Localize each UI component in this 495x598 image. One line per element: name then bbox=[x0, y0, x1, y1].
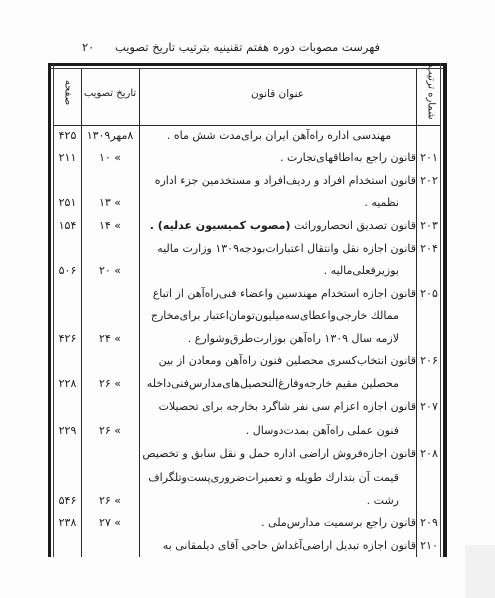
title-line: قانون استخدام افراد و ردیف‌افراد و مستخد… bbox=[155, 174, 416, 188]
date-cell: » ۲۶ bbox=[81, 494, 139, 507]
table-border-top-inner bbox=[48, 68, 447, 69]
title-line: قانون تصدیق انحصاروراثت (مصوب کمیسیون عد… bbox=[150, 219, 416, 233]
page-cell: ۲۲۸ bbox=[54, 377, 81, 390]
number-cell: ۲۰۳ bbox=[418, 219, 440, 232]
date-cell: » ۲۴ bbox=[81, 332, 139, 345]
page-cell: ۴۲۵ bbox=[54, 129, 81, 142]
page-cell: ۱۵۴ bbox=[54, 219, 81, 232]
column-header-date: تاریخ تصویب bbox=[81, 88, 139, 99]
title-line: قانون انتخاب‌کسری محصلین فنون راه‌آهن وم… bbox=[159, 354, 416, 368]
date-cell: » ۲۶ bbox=[81, 377, 139, 390]
title-line: قانون راجع برسمیت مدارس‌ملی . bbox=[261, 516, 416, 530]
title-line: بوزیرفعلی‌مالیه . bbox=[324, 264, 399, 278]
title-line: محصلین مقیم خارجه‌وفارغ‌التحصیل‌های‌مدار… bbox=[147, 377, 399, 391]
title-line: مهندسی اداره راه‌آهن ایران برای‌مدت شش م… bbox=[144, 129, 414, 143]
title-text: قانون تصدیق انحصاروراثت bbox=[294, 219, 416, 232]
number-cell: ۲۰۷ bbox=[418, 400, 440, 413]
page-cell: ۴۲۶ bbox=[54, 332, 81, 345]
page-cell: ۲۵۱ bbox=[54, 196, 81, 209]
table-border-left bbox=[48, 63, 51, 557]
date-cell: ۸مهر۱۳۰۹ bbox=[81, 129, 139, 142]
title-line: لازمه سال ۱۳۰۹ راه‌آهن بوزارت‌طرق‌وشوارع… bbox=[188, 332, 399, 346]
page-cell: ۵۴۶ bbox=[54, 494, 81, 507]
date-cell: » ۲۰ bbox=[81, 264, 139, 277]
title-line: فنون عملی راه‌آهن بمدت‌دوسال . bbox=[246, 424, 399, 438]
page-cell: ۵۰۶ bbox=[54, 264, 81, 277]
date-cell: » ۱۳ bbox=[81, 196, 139, 209]
number-cell: ۲۱۰ bbox=[418, 539, 440, 552]
table-border-right bbox=[443, 63, 447, 557]
page-cell: ۲۲۹ bbox=[54, 424, 81, 437]
date-cell: » ۱۰ bbox=[81, 151, 139, 164]
title-line: نظمیه . bbox=[364, 196, 399, 210]
header-row-divider bbox=[54, 125, 440, 126]
scan-smudge bbox=[465, 545, 495, 598]
column-divider-page-date bbox=[81, 69, 82, 557]
date-cell: » ۲۶ bbox=[81, 424, 139, 437]
title-line: ممالك خارجی‌واعطای‌سه‌میلیون‌تومان‌اعتبا… bbox=[151, 309, 399, 323]
title-line: قانون اجازه نقل وانتقال اعتبارات‌بودجه۱۳… bbox=[157, 242, 416, 256]
table-border-top bbox=[48, 63, 447, 66]
page-title: فهرست مصوبات دوره هفتم تقنینیه بترتیب تا… bbox=[115, 40, 380, 54]
title-line: قانون اجازه اعزام سی نفر شاگرد بخارجه بر… bbox=[159, 400, 416, 414]
number-cell: ۲۰۹ bbox=[418, 516, 440, 529]
number-cell: ۲۰۶ bbox=[418, 354, 440, 367]
title-line: قانون اجازه استخدام مهندسین واعضاء فنی‌ر… bbox=[153, 287, 416, 301]
title-bold-note: (مصوب کمیسیون عدلیه) . bbox=[150, 219, 291, 232]
column-divider-date-title bbox=[139, 69, 140, 557]
column-header-page: صفحه bbox=[63, 76, 74, 110]
number-cell: ۲۰۸ bbox=[418, 447, 440, 460]
laws-table: صفحه تاریخ تصویب عنوان قانون شماره ترتیب… bbox=[48, 63, 447, 557]
page-number: ۲۰ bbox=[82, 40, 94, 54]
number-cell: ۲۰۱ bbox=[418, 151, 440, 164]
number-cell: ۲۰۵ bbox=[418, 287, 440, 300]
column-divider-title-number bbox=[416, 69, 417, 557]
column-header-title: عنوان قانون bbox=[139, 88, 416, 100]
number-cell: ۲۰۴ bbox=[418, 242, 440, 255]
title-line: قانون اجازه تبدیل اراضی‌آغداش حاجی آقای … bbox=[163, 539, 416, 553]
number-cell: ۲۰۲ bbox=[418, 174, 440, 187]
title-line: رشت . bbox=[367, 494, 399, 508]
page-header: ۲۰ فهرست مصوبات دوره هفتم تقنینیه بترتیب… bbox=[70, 40, 380, 58]
page-cell: ۲۱۱ bbox=[54, 151, 81, 164]
title-line: قیمت آن بتدارك طویله و تعمیرات‌ضروری‌پست… bbox=[148, 471, 399, 485]
date-cell: » ۱۴ bbox=[81, 219, 139, 232]
column-header-number: شماره ترتیب bbox=[426, 70, 437, 120]
title-line: قانون راجع به‌اطاقهای‌تجارت . bbox=[280, 151, 416, 165]
table-border-right-inner bbox=[440, 63, 441, 557]
page-cell: ۲۳۸ bbox=[54, 516, 81, 529]
title-line: قانون اجازه‌فروش اراضی اداره حمل و نقل س… bbox=[142, 447, 416, 461]
date-cell: » ۲۷ bbox=[81, 516, 139, 529]
